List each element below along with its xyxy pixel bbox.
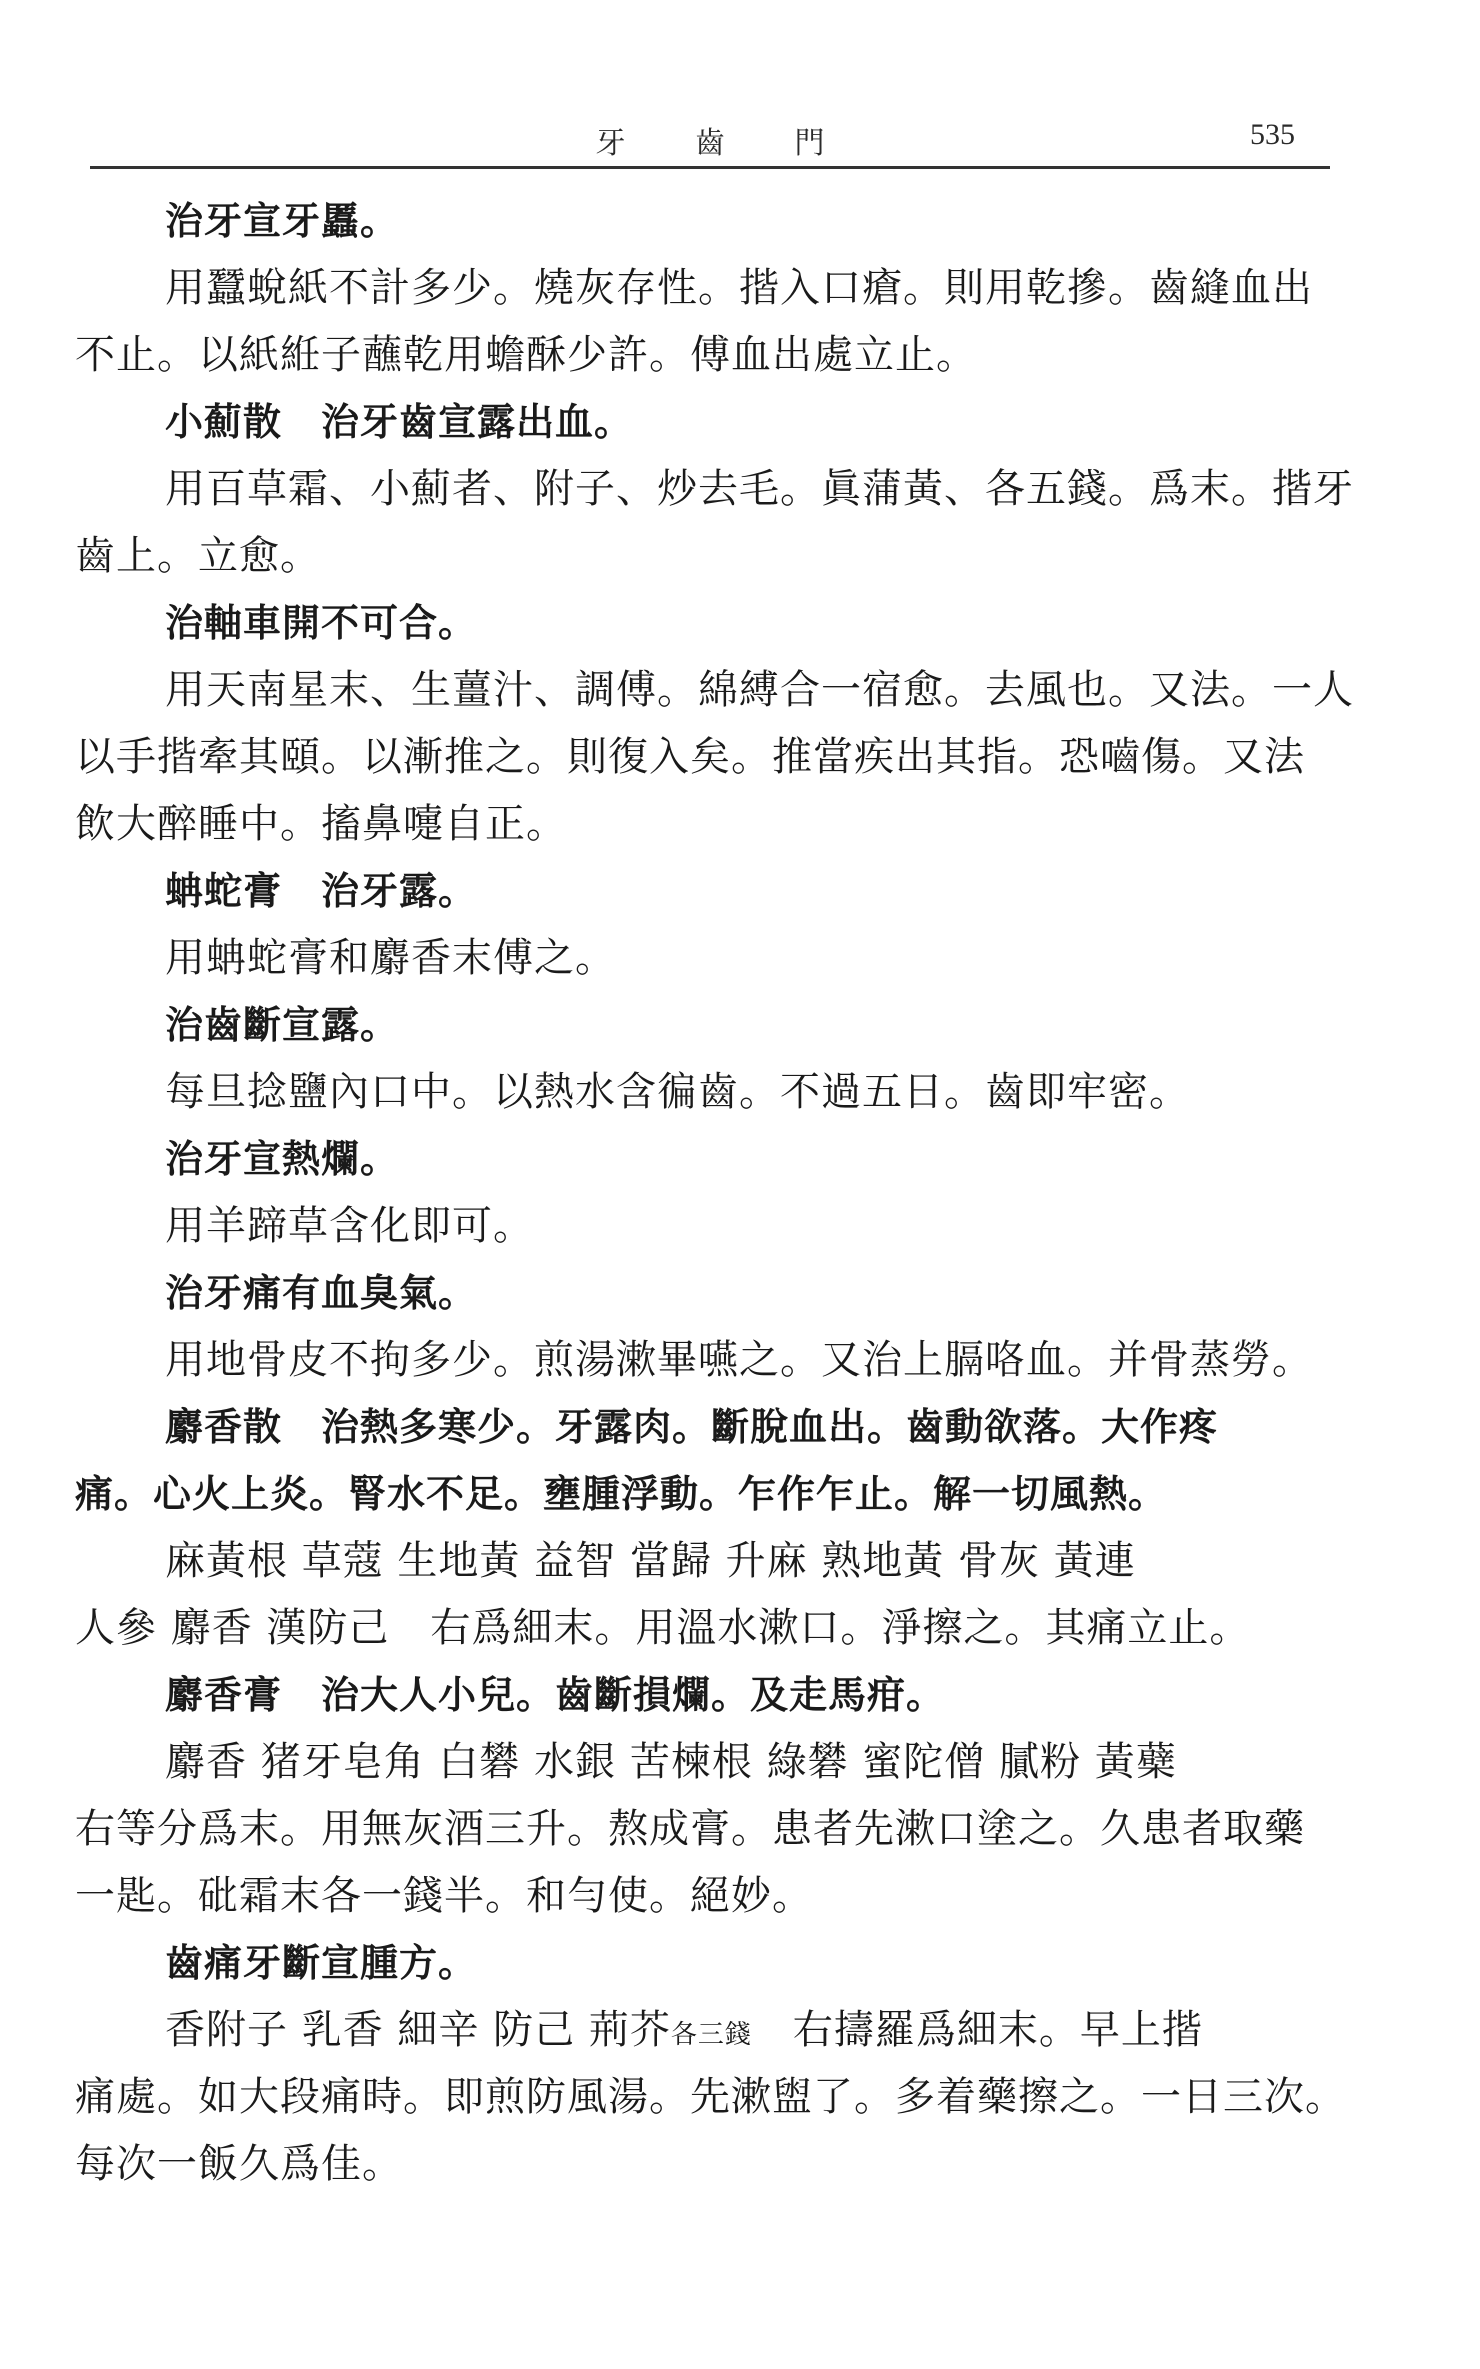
- text-line: 用百草霜、小薊者、附子、炒去毛。眞蒲黃、各五錢。爲末。揩牙: [75, 456, 1343, 523]
- text-line: 用天南星末、生薑汁、調傅。綿縛合一宿愈。去風也。又法。一人: [75, 657, 1343, 724]
- page-number: 535: [1250, 118, 1295, 152]
- body-text: 治牙宣牙䘌。 用蠶蛻紙不計多少。燒灰存性。揩入口瘡。則用乾摻。齒縫血出 不止。以…: [75, 188, 1343, 2198]
- recipe-heading: 治牙宣熱爛。: [75, 1126, 1343, 1193]
- page-header: 牙 齒 門 535: [90, 100, 1330, 170]
- header-rule: [90, 166, 1330, 169]
- dosage-note: 各三錢: [671, 2020, 752, 2050]
- recipe-heading: 蚺蛇膏 治牙露。: [75, 858, 1343, 925]
- recipe-heading: 治牙宣牙䘌。: [75, 188, 1343, 255]
- text-line: 一匙。砒霜末各一錢半。和勻使。絕妙。: [75, 1863, 1343, 1930]
- text-line: 每次一飯久爲佳。: [75, 2131, 1343, 2198]
- text-line: 用蚺蛇膏和麝香末傅之。: [75, 925, 1343, 992]
- ingredient-line: 香附子 乳香 細辛 防己 荊芥各三錢 右擣羅爲細末。早上揩: [75, 1997, 1343, 2064]
- text-line: 用蠶蛻紙不計多少。燒灰存性。揩入口瘡。則用乾摻。齒縫血出: [75, 255, 1343, 322]
- recipe-heading: 麝香膏 治大人小兒。齒斷損爛。及走馬疳。: [75, 1662, 1343, 1729]
- text-line: 用羊蹄草含化即可。: [75, 1193, 1343, 1260]
- text-line: 每旦捻鹽內口中。以熱水含徧齒。不過五日。齒即牢密。: [75, 1059, 1343, 1126]
- running-title: 牙 齒 門: [90, 118, 1330, 162]
- recipe-heading: 治齒斷宣露。: [75, 992, 1343, 1059]
- preparation-text: 右擣羅爲細末。早上揩: [752, 2007, 1203, 2053]
- recipe-heading: 齒痛牙斷宣腫方。: [75, 1930, 1343, 1997]
- recipe-heading: 治牙痛有血臭氣。: [75, 1260, 1343, 1327]
- recipe-heading: 小薊散 治牙齒宣露出血。: [75, 389, 1343, 456]
- recipe-heading: 痛。心火上炎。腎水不足。壅腫浮動。乍作乍止。解一切風熱。: [75, 1461, 1343, 1528]
- text-line: 右等分爲末。用無灰酒三升。熬成膏。患者先漱口塗之。久患者取藥: [75, 1796, 1343, 1863]
- recipe-heading: 麝香散 治熱多寒少。牙露肉。斷脫血出。齒動欲落。大作疼: [75, 1394, 1343, 1461]
- text-line: 不止。以紙絍子蘸乾用蟾酥少許。傅血出處立止。: [75, 322, 1343, 389]
- text-line: 齒上。立愈。: [75, 523, 1343, 590]
- text-line: 飲大醉睡中。搐鼻嚏自正。: [75, 791, 1343, 858]
- text-line: 用地骨皮不拘多少。煎湯漱畢嚥之。又治上膈咯血。并骨蒸勞。: [75, 1327, 1343, 1394]
- ingredient-line: 麻黃根 草蔻 生地黃 益智 當歸 升麻 熟地黃 骨灰 黃連: [75, 1528, 1343, 1595]
- ingredient-line: 人參 麝香 漢防己 右爲細末。用溫水漱口。淨擦之。其痛立止。: [75, 1595, 1343, 1662]
- text-line: 痛處。如大段痛時。即煎防風湯。先漱盥了。多着藥擦之。一日三次。: [75, 2064, 1343, 2131]
- ingredient-list: 香附子 乳香 細辛 防己 荊芥: [165, 2007, 671, 2053]
- recipe-heading: 治軸車開不可合。: [75, 590, 1343, 657]
- ingredient-line: 麝香 猪牙皂角 白礬 水銀 苦楝根 綠礬 蜜陀僧 膩粉 黃蘗: [75, 1729, 1343, 1796]
- text-line: 以手揩牽其頤。以漸推之。則復入矣。推當疾出其指。恐嚙傷。又法: [75, 724, 1343, 791]
